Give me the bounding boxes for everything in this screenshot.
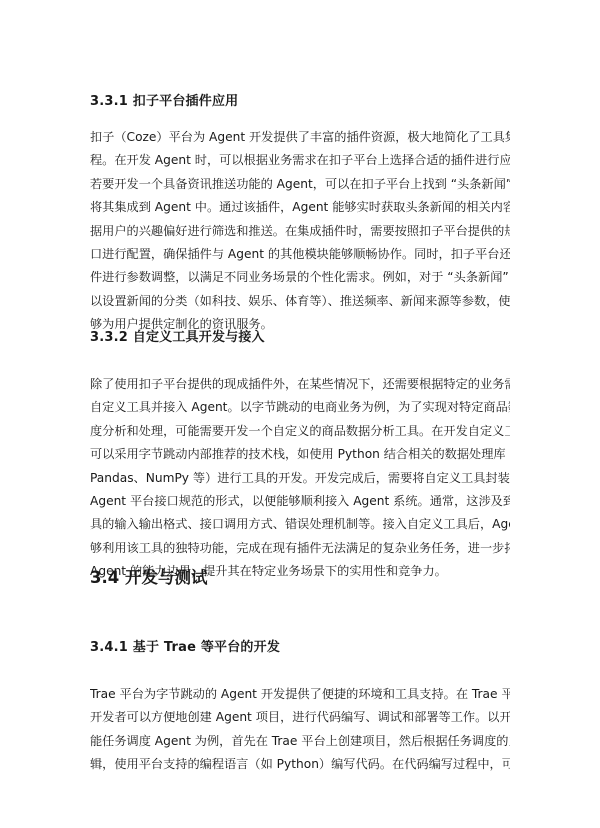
section-heading-3-3-2: 3.3.2 自定义工具开发与接入	[90, 326, 265, 345]
text-line: 若要开发一个具备资讯推送功能的 Agent，可以在扣子平台上找到 “头条新闻” …	[90, 173, 510, 196]
paragraph-custom-tools: 除了使用扣子平台提供的现成插件外，在某些情况下，还需要根据特定的业务需求开发 自…	[90, 373, 510, 584]
text-line: 具的输入输出格式、接口调用方式、错误处理机制等。接入自定义工具后，Agent 就…	[90, 513, 510, 536]
text-line: 将其集成到 Agent 中。通过该插件，Agent 能够实时获取头条新闻的相关内…	[90, 196, 510, 219]
text-line: 能任务调度 Agent 为例，首先在 Trae 平台上创建项目，然后根据任务调度…	[90, 730, 510, 753]
text-line: Trae 平台为字节跳动的 Agent 开发提供了便捷的环境和工具支持。在 Tr…	[90, 683, 510, 706]
section-heading-3-3-1: 3.3.1 扣子平台插件应用	[90, 90, 238, 109]
text-line: Pandas、NumPy 等）进行工具的开发。开发完成后，需要将自定义工具封装成…	[90, 467, 510, 490]
text-line: 口进行配置，确保插件与 Agent 的其他模块能够顺畅协作。同时，扣子平台还支持…	[90, 243, 510, 266]
text-line: Agent 平台接口规范的形式，以便能够顺利接入 Agent 系统。通常，这涉及…	[90, 490, 510, 513]
text-line: 除了使用扣子平台提供的现成插件外，在某些情况下，还需要根据特定的业务需求开发	[90, 373, 510, 396]
text-line: 开发者可以方便地创建 Agent 项目，进行代码编写、调试和部署等工作。以开发一…	[90, 706, 510, 729]
text-line: 程。在开发 Agent 时，可以根据业务需求在扣子平台上选择合适的插件进行应用。…	[90, 149, 510, 172]
paragraph-coze-plugins: 扣子（Coze）平台为 Agent 开发提供了丰富的插件资源，极大地简化了工具集…	[90, 126, 510, 337]
text-line: 件进行参数调整，以满足不同业务场景的个性化需求。例如，对于 “头条新闻” 插件，…	[90, 266, 510, 289]
paragraph-trae-development: Trae 平台为字节跳动的 Agent 开发提供了便捷的环境和工具支持。在 Tr…	[90, 683, 510, 777]
text-line: 以设置新闻的分类（如科技、娱乐、体育等）、推送频率、新闻来源等参数，使 Agen…	[90, 290, 510, 313]
text-line: 够利用该工具的独特功能，完成在现有插件无法满足的复杂业务任务，进一步拓展	[90, 537, 510, 560]
text-line: 自定义工具并接入 Agent。以字节跳动的电商业务为例，为了实现对特定商品数据的…	[90, 396, 510, 419]
section-heading-3-4: 3.4 开发与测试	[90, 564, 207, 588]
text-line: 扣子（Coze）平台为 Agent 开发提供了丰富的插件资源，极大地简化了工具集…	[90, 126, 510, 149]
section-heading-3-4-1: 3.4.1 基于 Trae 等平台的开发	[90, 636, 280, 655]
text-line: 度分析和处理，可能需要开发一个自定义的商品数据分析工具。在开发自定义工具时，	[90, 420, 510, 443]
text-line: 辑，使用平台支持的编程语言（如 Python）编写代码。在代码编写过程中，可以充…	[90, 753, 510, 776]
text-line: 据用户的兴趣偏好进行筛选和推送。在集成插件时，需要按照扣子平台提供的规范和接	[90, 220, 510, 243]
text-line: 可以采用字节跳动内部推荐的技术栈，如使用 Python 结合相关的数据处理库（如	[90, 443, 510, 466]
